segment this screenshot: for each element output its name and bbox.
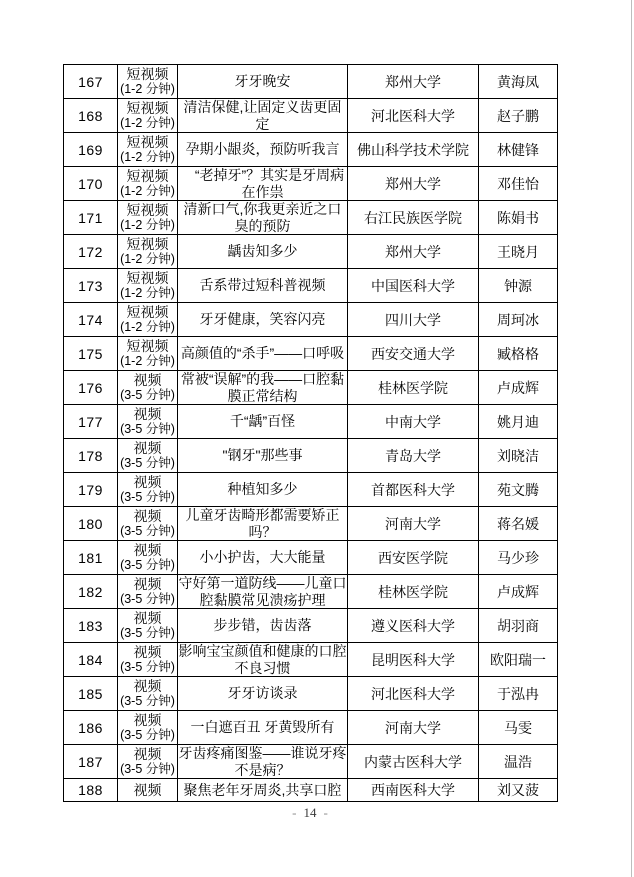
entry-title-cell: 牙牙健康，笑容闪亮 [178,303,348,337]
entry-title-cell: 龋齿知多少 [178,235,348,269]
entry-university-cell: 中国医科大学 [348,269,479,303]
entries-table: 167短视频(1-2 分钟)牙牙晚安郑州大学黄海凤168短视频(1-2 分钟)清… [63,64,558,802]
entry-format-cell: 短视频(1-2 分钟) [118,235,178,269]
entry-format-duration: (1-2 分钟) [118,252,177,267]
entry-format-duration: (1-2 分钟) [118,82,177,97]
entry-university-cell: 右江民族医学院 [348,201,479,235]
entry-format-duration: (1-2 分钟) [118,354,177,369]
entry-author-cell: 欧阳瑞一 [479,643,558,677]
entry-number-cell: 183 [64,609,118,643]
entry-format-cell: 短视频(1-2 分钟) [118,269,178,303]
entry-university-cell: 桂林医学院 [348,575,479,609]
entry-number-cell: 188 [64,779,118,802]
table-row: 174短视频(1-2 分钟)牙牙健康，笑容闪亮四川大学周珂冰 [64,303,558,337]
entry-format-duration: (3-5 分钟) [118,558,177,573]
entry-university-cell: 内蒙古医科大学 [348,745,479,779]
entry-format-cell: 短视频(1-2 分钟) [118,99,178,133]
entry-format-duration: (3-5 分钟) [118,762,177,777]
entry-format-duration: (3-5 分钟) [118,388,177,403]
entry-author-cell: 卢成辉 [479,575,558,609]
entry-number-cell: 175 [64,337,118,371]
entry-title-cell: 聚焦老年牙周炎,共享口腔 [178,779,348,802]
entry-format-type: 视频 [118,474,177,490]
entry-author-cell: 马雯 [479,711,558,745]
entry-number-cell: 172 [64,235,118,269]
entry-number-cell: 169 [64,133,118,167]
entry-format-duration: (3-5 分钟) [118,490,177,505]
entry-title-cell: 影响宝宝颜值和健康的口腔不良习惯 [178,643,348,677]
entry-author-cell: 卢成辉 [479,371,558,405]
entry-format-cell: 短视频(1-2 分钟) [118,167,178,201]
entry-format-type: 短视频 [118,202,177,218]
entry-title-cell: 舌系带过短科普视频 [178,269,348,303]
entry-number-cell: 181 [64,541,118,575]
entry-format-duration: (3-5 分钟) [118,660,177,675]
page-footer: -14- [63,806,557,820]
entry-format-duration: (3-5 分钟) [118,728,177,743]
entry-author-cell: 邓佳怡 [479,167,558,201]
entry-format-cell: 短视频(1-2 分钟) [118,303,178,337]
entry-author-cell: 蒋名媛 [479,507,558,541]
entry-format-type: 短视频 [118,168,177,184]
entry-format-cell: 视频(3-5 分钟) [118,439,178,473]
entry-title-cell: 小小护齿，大大能量 [178,541,348,575]
entry-title-cell: 千“龋”百怪 [178,405,348,439]
entry-title-cell: 儿童牙齿畸形都需要矫正吗？ [178,507,348,541]
entry-format-cell: 短视频(1-2 分钟) [118,201,178,235]
table-row: 187视频(3-5 分钟)牙齿疼痛图鉴——谁说牙疼不是病？内蒙古医科大学温浩 [64,745,558,779]
entry-title-cell: "钢牙"那些事 [178,439,348,473]
table-row: 182视频(3-5 分钟)守好第一道防线——儿童口腔黏膜常见溃疡护理桂林医学院卢… [64,575,558,609]
entry-author-cell: 黄海凤 [479,65,558,99]
entry-university-cell: 河北医科大学 [348,99,479,133]
entry-format-type: 短视频 [118,338,177,354]
table-row: 175短视频(1-2 分钟)高颜值的“杀手”——口呼吸西安交通大学臧格格 [64,337,558,371]
entry-number-cell: 170 [64,167,118,201]
entry-title-cell: 守好第一道防线——儿童口腔黏膜常见溃疡护理 [178,575,348,609]
entry-format-cell: 视频(3-5 分钟) [118,541,178,575]
entry-author-cell: 温浩 [479,745,558,779]
entry-university-cell: 郑州大学 [348,167,479,201]
entry-number-cell: 182 [64,575,118,609]
entry-format-duration: (3-5 分钟) [118,626,177,641]
table-row: 184视频(3-5 分钟)影响宝宝颜值和健康的口腔不良习惯昆明医科大学欧阳瑞一 [64,643,558,677]
entry-number-cell: 185 [64,677,118,711]
entry-format-cell: 视频 [118,779,178,802]
entry-format-cell: 视频(3-5 分钟) [118,643,178,677]
entry-title-cell: 高颜值的“杀手”——口呼吸 [178,337,348,371]
entry-author-cell: 姚月迪 [479,405,558,439]
entry-format-type: 短视频 [118,134,177,150]
entry-format-duration: (1-2 分钟) [118,116,177,131]
entry-number-cell: 174 [64,303,118,337]
entry-author-cell: 苑文腾 [479,473,558,507]
table-row: 179视频(3-5 分钟)种植知多少首都医科大学苑文腾 [64,473,558,507]
entry-format-cell: 视频(3-5 分钟) [118,711,178,745]
entry-format-cell: 视频(3-5 分钟) [118,507,178,541]
entries-table-body: 167短视频(1-2 分钟)牙牙晚安郑州大学黄海凤168短视频(1-2 分钟)清… [64,65,558,802]
page-number-dash-left: - [292,805,296,820]
entry-format-duration: (1-2 分钟) [118,286,177,301]
entry-format-duration: (3-5 分钟) [118,524,177,539]
entry-title-cell: 清新口气,你我更亲近之口臭的预防 [178,201,348,235]
entry-format-cell: 视频(3-5 分钟) [118,745,178,779]
entry-title-cell: 牙齿疼痛图鉴——谁说牙疼不是病？ [178,745,348,779]
entry-university-cell: 河北医科大学 [348,677,479,711]
entry-format-cell: 短视频(1-2 分钟) [118,133,178,167]
entry-format-type: 短视频 [118,66,177,82]
entry-title-cell: 牙牙晚安 [178,65,348,99]
table-row: 186视频(3-5 分钟)一白遮百丑 牙黄毁所有河南大学马雯 [64,711,558,745]
entry-format-type: 视频 [118,712,177,728]
entry-university-cell: 郑州大学 [348,235,479,269]
entry-format-duration: (1-2 分钟) [118,218,177,233]
entry-format-cell: 视频(3-5 分钟) [118,609,178,643]
entry-number-cell: 171 [64,201,118,235]
entry-author-cell: 马少珍 [479,541,558,575]
table-row: 176视频(3-5 分钟)常被“误解”的我——口腔黏膜正常结构桂林医学院卢成辉 [64,371,558,405]
table-row: 170短视频(1-2 分钟) “老掉牙”？其实是牙周病在作祟郑州大学邓佳怡 [64,167,558,201]
entry-title-cell: 一白遮百丑 牙黄毁所有 [178,711,348,745]
page-number-value: 14 [304,805,317,820]
entry-format-cell: 视频(3-5 分钟) [118,405,178,439]
table-row: 185视频(3-5 分钟)牙牙访谈录河北医科大学于泓冉 [64,677,558,711]
entry-university-cell: 四川大学 [348,303,479,337]
entry-format-duration: (1-2 分钟) [118,150,177,165]
entry-author-cell: 王晓月 [479,235,558,269]
entry-number-cell: 176 [64,371,118,405]
entry-number-cell: 167 [64,65,118,99]
entry-author-cell: 刘又菠 [479,779,558,802]
entry-author-cell: 臧格格 [479,337,558,371]
entry-university-cell: 河南大学 [348,507,479,541]
entry-title-cell: 步步错，齿齿落 [178,609,348,643]
entry-university-cell: 河南大学 [348,711,479,745]
entry-university-cell: 桂林医学院 [348,371,479,405]
entry-title-cell: 孕期小龈炎，预防听我言 [178,133,348,167]
table-row: 180视频(3-5 分钟)儿童牙齿畸形都需要矫正吗？河南大学蒋名媛 [64,507,558,541]
entry-title-cell: 清洁保健,让固定义齿更固定 [178,99,348,133]
entry-university-cell: 佛山科学技术学院 [348,133,479,167]
entry-author-cell: 钟源 [479,269,558,303]
entry-format-type: 视频 [118,746,177,762]
entry-university-cell: 西南医科大学 [348,779,479,802]
entry-author-cell: 林健锋 [479,133,558,167]
entry-university-cell: 西安医学院 [348,541,479,575]
entry-format-duration: (1-2 分钟) [118,184,177,199]
table-row: 173短视频(1-2 分钟)舌系带过短科普视频中国医科大学钟源 [64,269,558,303]
entry-format-type: 视频 [118,610,177,626]
entry-format-cell: 视频(3-5 分钟) [118,473,178,507]
entry-university-cell: 昆明医科大学 [348,643,479,677]
page-number-dash-right: - [324,805,328,820]
table-row: 183视频(3-5 分钟)步步错，齿齿落遵义医科大学胡羽商 [64,609,558,643]
entry-format-type: 短视频 [118,236,177,252]
entry-number-cell: 173 [64,269,118,303]
table-row: 188视频聚焦老年牙周炎,共享口腔西南医科大学刘又菠 [64,779,558,802]
entry-format-duration: (3-5 分钟) [118,422,177,437]
entry-university-cell: 青岛大学 [348,439,479,473]
entry-author-cell: 赵子鹏 [479,99,558,133]
entry-format-duration: (3-5 分钟) [118,456,177,471]
table-row: 177视频(3-5 分钟)千“龋”百怪中南大学姚月迪 [64,405,558,439]
entry-number-cell: 184 [64,643,118,677]
entry-format-duration: (1-2 分钟) [118,320,177,335]
entry-university-cell: 西安交通大学 [348,337,479,371]
entry-format-cell: 短视频(1-2 分钟) [118,337,178,371]
entry-format-cell: 视频(3-5 分钟) [118,677,178,711]
entry-number-cell: 186 [64,711,118,745]
page-edge-line [631,0,632,877]
entry-number-cell: 177 [64,405,118,439]
entry-title-cell: “老掉牙”？其实是牙周病在作祟 [178,167,348,201]
entry-university-cell: 中南大学 [348,405,479,439]
entry-format-type: 视频 [118,576,177,592]
entry-title-cell: 种植知多少 [178,473,348,507]
document-page: 167短视频(1-2 分钟)牙牙晚安郑州大学黄海凤168短视频(1-2 分钟)清… [0,0,634,877]
table-row: 171短视频(1-2 分钟)清新口气,你我更亲近之口臭的预防右江民族医学院陈娟书 [64,201,558,235]
entry-number-cell: 168 [64,99,118,133]
entry-title-cell: 常被“误解”的我——口腔黏膜正常结构 [178,371,348,405]
entry-author-cell: 陈娟书 [479,201,558,235]
entry-format-duration: (3-5 分钟) [118,694,177,709]
entry-format-type: 视频 [118,406,177,422]
entry-format-type: 视频 [118,782,177,798]
entry-author-cell: 周珂冰 [479,303,558,337]
entry-author-cell: 刘晓洁 [479,439,558,473]
entry-format-type: 视频 [118,508,177,524]
entry-author-cell: 胡羽商 [479,609,558,643]
entry-number-cell: 187 [64,745,118,779]
table-row: 168短视频(1-2 分钟)清洁保健,让固定义齿更固定河北医科大学赵子鹏 [64,99,558,133]
entry-format-type: 视频 [118,542,177,558]
table-row: 178视频(3-5 分钟)"钢牙"那些事青岛大学刘晓洁 [64,439,558,473]
entry-number-cell: 179 [64,473,118,507]
entry-format-type: 短视频 [118,100,177,116]
table-row: 172短视频(1-2 分钟)龋齿知多少郑州大学王晓月 [64,235,558,269]
entry-university-cell: 首都医科大学 [348,473,479,507]
entry-format-type: 视频 [118,644,177,660]
entry-title-cell: 牙牙访谈录 [178,677,348,711]
entry-format-type: 视频 [118,372,177,388]
entry-number-cell: 178 [64,439,118,473]
table-row: 169短视频(1-2 分钟)孕期小龈炎，预防听我言佛山科学技术学院林健锋 [64,133,558,167]
entry-format-cell: 视频(3-5 分钟) [118,575,178,609]
entry-format-type: 短视频 [118,304,177,320]
entry-format-cell: 短视频(1-2 分钟) [118,65,178,99]
entry-format-type: 视频 [118,440,177,456]
table-row: 167短视频(1-2 分钟)牙牙晚安郑州大学黄海凤 [64,65,558,99]
entry-format-cell: 视频(3-5 分钟) [118,371,178,405]
table-row: 181视频(3-5 分钟)小小护齿，大大能量西安医学院马少珍 [64,541,558,575]
entry-format-type: 短视频 [118,270,177,286]
entry-format-type: 视频 [118,678,177,694]
entry-university-cell: 郑州大学 [348,65,479,99]
entry-author-cell: 于泓冉 [479,677,558,711]
entry-university-cell: 遵义医科大学 [348,609,479,643]
entry-number-cell: 180 [64,507,118,541]
entry-format-duration: (3-5 分钟) [118,592,177,607]
